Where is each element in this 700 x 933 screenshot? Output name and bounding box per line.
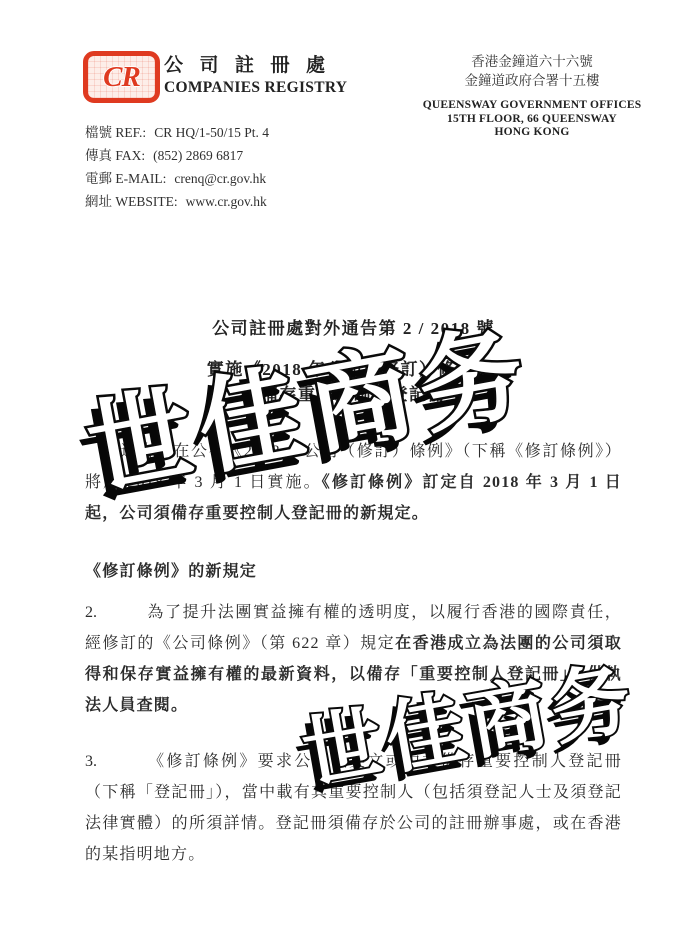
contact-value: (852) 2869 6817 [153,148,243,163]
paragraph-number: 2. [85,597,147,628]
org-name-block: 公司註冊處 COMPANIES REGISTRY [164,55,347,97]
contact-label: 傳真 FAX: [85,148,145,163]
address-line: 金鐘道政府合署十五樓 [418,71,646,90]
contact-value: crenq@cr.gov.hk [174,171,266,186]
paragraph: 本通告旨在公布《2018 年公司（修訂）條例》（下稱《修訂條例》）將於 2018… [85,436,622,529]
contact-row: 電郵 E-MAIL:crenq@cr.gov.hk [85,167,269,190]
contact-row: 傳真 FAX:(852) 2869 6817 [85,144,269,167]
contact-value: CR HQ/1-50/15 Pt. 4 [154,125,269,140]
address-line: HONG KONG [418,126,646,140]
address-english: QUEENSWAY GOVERNMENT OFFICES15TH FLOOR, … [418,99,646,140]
org-name-chinese: 公司註冊處 [164,55,347,77]
contact-value: www.cr.gov.hk [186,194,267,209]
contact-label: 電郵 E-MAIL: [85,171,166,186]
contact-row: 檔號 REF.:CR HQ/1-50/15 Pt. 4 [85,121,269,144]
section-heading: 《修訂條例》的新規定 [85,556,622,587]
paragraph: 3.《修訂條例》要求公司以英文或中文備存重要控制人登記冊（下稱「登記冊」），當中… [85,746,622,870]
subject-line-1: 實施《2018 年公司（修訂）條例》- [85,357,622,382]
office-address-block: 香港金鐘道六十六號金鐘道政府合署十五樓 QUEENSWAY GOVERNMENT… [418,52,646,140]
paragraph-text: 《修訂條例》要求公司以英文或中文備存重要控制人登記冊（下稱「登記冊」），當中載有… [85,753,622,863]
cr-logo-text: CR [103,63,140,92]
address-line: 香港金鐘道六十六號 [418,52,646,71]
address-line: QUEENSWAY GOVERNMENT OFFICES [418,99,646,113]
address-chinese: 香港金鐘道六十六號金鐘道政府合署十五樓 [418,52,646,90]
paragraph: 2.為了提升法團實益擁有權的透明度，以履行香港的國際責任，經修訂的《公司條例》（… [85,597,622,721]
notice-subject-title: 實施《2018 年公司（修訂）條例》- 備存重要控制人登記冊 [85,357,622,407]
paragraph-text: 《修訂條例》的新規定 [85,563,257,580]
paragraphs: 本通告旨在公布《2018 年公司（修訂）條例》（下稱《修訂條例》）將於 2018… [85,436,622,895]
paragraph-number: 3. [85,746,147,777]
notice-number-title: 公司註冊處對外通告第 2 / 2018 號 [85,318,622,340]
org-name-english: COMPANIES REGISTRY [164,79,347,97]
companies-registry-logo: CR [83,51,160,103]
contact-row: 網址 WEBSITE:www.cr.gov.hk [85,190,269,213]
contact-block: 檔號 REF.:CR HQ/1-50/15 Pt. 4傳真 FAX:(852) … [85,121,269,213]
contact-label: 檔號 REF.: [85,125,146,140]
document-page: CR 公司註冊處 COMPANIES REGISTRY 香港金鐘道六十六號金鐘道… [0,0,700,933]
contact-label: 網址 WEBSITE: [85,194,178,209]
subject-line-2: 備存重要控制人登記冊 [85,382,622,407]
address-line: 15TH FLOOR, 66 QUEENSWAY [418,113,646,127]
